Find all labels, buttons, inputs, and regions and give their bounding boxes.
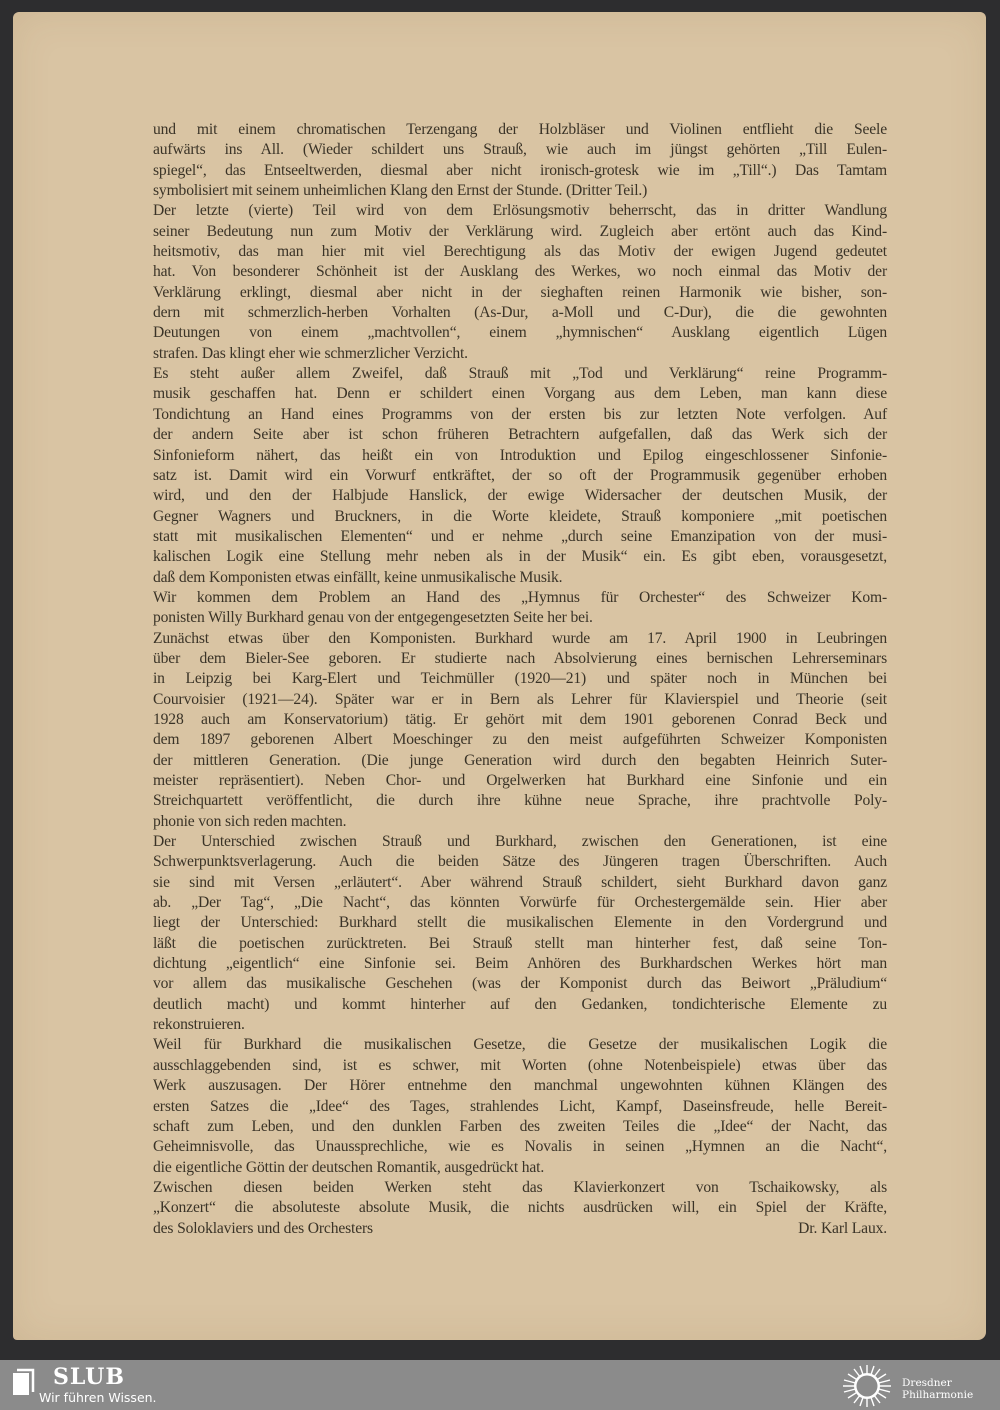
text-line: des Soloklaviers und des Orchesters xyxy=(153,1219,373,1239)
text-line: ponisten Willy Burkhard genau von der en… xyxy=(153,608,887,628)
book-icon xyxy=(12,1367,38,1393)
text-line: Weil für Burkhard die musikalischen Gese… xyxy=(153,1035,887,1055)
text-line: satz ist. Damit wird ein Vorwurf entkräf… xyxy=(153,466,887,486)
text-line: dern mit schmerzlich-herben Vorhalten (A… xyxy=(153,303,887,323)
text-line: in Leipzig bei Karg-Elert und Teichmülle… xyxy=(153,669,887,689)
dp-name-line2: Philharmonie xyxy=(902,1389,973,1401)
scanned-page: und mit einem chromatischen Terzengang d… xyxy=(13,12,986,1340)
text-line: ausschlaggebenden sind, ist es schwer, m… xyxy=(153,1056,887,1076)
text-line: und mit einem chromatischen Terzengang d… xyxy=(153,120,887,140)
text-line: Es steht außer allem Zweifel, daß Strauß… xyxy=(153,364,887,384)
text-line: rekonstruieren. xyxy=(153,1015,887,1035)
text-line: statt mit musikalischen Elementen“ und e… xyxy=(153,527,887,547)
text-line: ersten Satzes die „Idee“ des Tages, stra… xyxy=(153,1097,887,1117)
text-line: ab. „Der Tag“, „Die Nacht“, das könnten … xyxy=(153,893,887,913)
text-line: wird, und den der Halbjude Hanslick, der… xyxy=(153,486,887,506)
text-line: Geheimnisvolle, das Unaussprechliche, wi… xyxy=(153,1137,887,1157)
text-line: Der letzte (vierte) Teil wird von dem Er… xyxy=(153,201,887,221)
text-line: dem 1897 geborenen Albert Moeschinger zu… xyxy=(153,730,887,750)
text-line: kalischen Logik eine Stellung mehr neben… xyxy=(153,547,887,567)
slub-name: SLUB xyxy=(53,1365,157,1389)
text-line: Verklärung erklingt, diesmal aber nicht … xyxy=(153,283,887,303)
text-line: die eigentliche Göttin der deutschen Rom… xyxy=(153,1158,887,1178)
text-line: 1928 auch am Konservatorium) tätig. Er g… xyxy=(153,710,887,730)
text-line: Sinfonieform nähert, das heißt ein von I… xyxy=(153,446,887,466)
text-line: deutlich macht) und kommt hinterher auf … xyxy=(153,995,887,1015)
text-line: daß dem Komponisten etwas einfällt, kein… xyxy=(153,568,887,588)
text-line: läßt die poetischen zurücktreten. Bei St… xyxy=(153,934,887,954)
text-line: seiner Bedeutung nun zum Motiv der Verkl… xyxy=(153,222,887,242)
text-line: strafen. Das klingt eher wie schmerzlich… xyxy=(153,344,887,364)
text-line: Courvoisier (1921—24). Später war er in … xyxy=(153,690,887,710)
text-line: der mittleren Generation. (Die junge Gen… xyxy=(153,751,887,771)
text-line: sie sind mit Versen „erläutert“. Aber wä… xyxy=(153,873,887,893)
text-line: aufwärts ins All. (Wieder schildert uns … xyxy=(153,140,887,160)
text-line: über dem Bieler-See geboren. Er studiert… xyxy=(153,649,887,669)
sunburst-icon xyxy=(842,1364,892,1410)
article-text: und mit einem chromatischen Terzengang d… xyxy=(153,120,887,1239)
author-signature: Dr. Karl Laux. xyxy=(798,1219,887,1239)
text-line: Streichquartett veröffentlicht, die durc… xyxy=(153,791,887,811)
text-line: vor allem das musikalische Geschehen (wa… xyxy=(153,974,887,994)
text-line: Wir kommen dem Problem an Hand des „Hymn… xyxy=(153,588,887,608)
text-line: schaft zum Leben, und den dunklen Farben… xyxy=(153,1117,887,1137)
text-line: der andern Seite aber ist schon früheren… xyxy=(153,425,887,445)
text-line: musik geschaffen hat. Denn er schildert … xyxy=(153,384,887,404)
text-line: liegt der Unterschied: Burkhard stellt d… xyxy=(153,913,887,933)
closing-line: des Soloklaviers und des Orchesters Dr. … xyxy=(153,1219,887,1239)
text-line: Deutungen von einem „machtvollen“, einem… xyxy=(153,323,887,343)
text-line: symbolisiert mit seinem unheimlichen Kla… xyxy=(153,181,887,201)
dp-name-line1: Dresdner xyxy=(902,1377,973,1389)
text-line: Tondichtung an Hand eines Programms von … xyxy=(153,405,887,425)
text-line: Schwerpunktsverlagerung. Auch die beiden… xyxy=(153,852,887,872)
dresdner-philharmonie-logo[interactable]: Dresdner Philharmonie xyxy=(842,1364,973,1410)
text-line: hat. Von besonderer Schönheit ist der Au… xyxy=(153,262,887,282)
text-line: spiegel“, das Entseeltwerden, diesmal ab… xyxy=(153,161,887,181)
document-viewer: und mit einem chromatischen Terzengang d… xyxy=(0,0,1000,1360)
text-line: Der Unterschied zwischen Strauß und Burk… xyxy=(153,832,887,852)
text-line: dichtung „eigentlich“ eine Sinfonie sei.… xyxy=(153,954,887,974)
text-line: Werk auszusagen. Der Hörer entnehme den … xyxy=(153,1076,887,1096)
text-line: heitsmotiv, das man hier mit viel Berech… xyxy=(153,242,887,262)
text-line: Zunächst etwas über den Komponisten. Bur… xyxy=(153,629,887,649)
slub-tagline: Wir führen Wissen. xyxy=(39,1390,157,1406)
text-line: „Konzert“ die absoluteste absolute Musik… xyxy=(153,1198,887,1218)
text-line: meister repräsentiert). Neben Chor- und … xyxy=(153,771,887,791)
text-line: Zwischen diesen beiden Werken steht das … xyxy=(153,1178,887,1198)
text-line: phonie von sich reden machten. xyxy=(153,812,887,832)
text-line: Gegner Wagners und Bruckners, in die Wor… xyxy=(153,507,887,527)
footer-bar: SLUB Wir führen Wissen. xyxy=(0,1360,1000,1410)
slub-logo[interactable]: SLUB Wir führen Wissen. xyxy=(12,1365,157,1406)
